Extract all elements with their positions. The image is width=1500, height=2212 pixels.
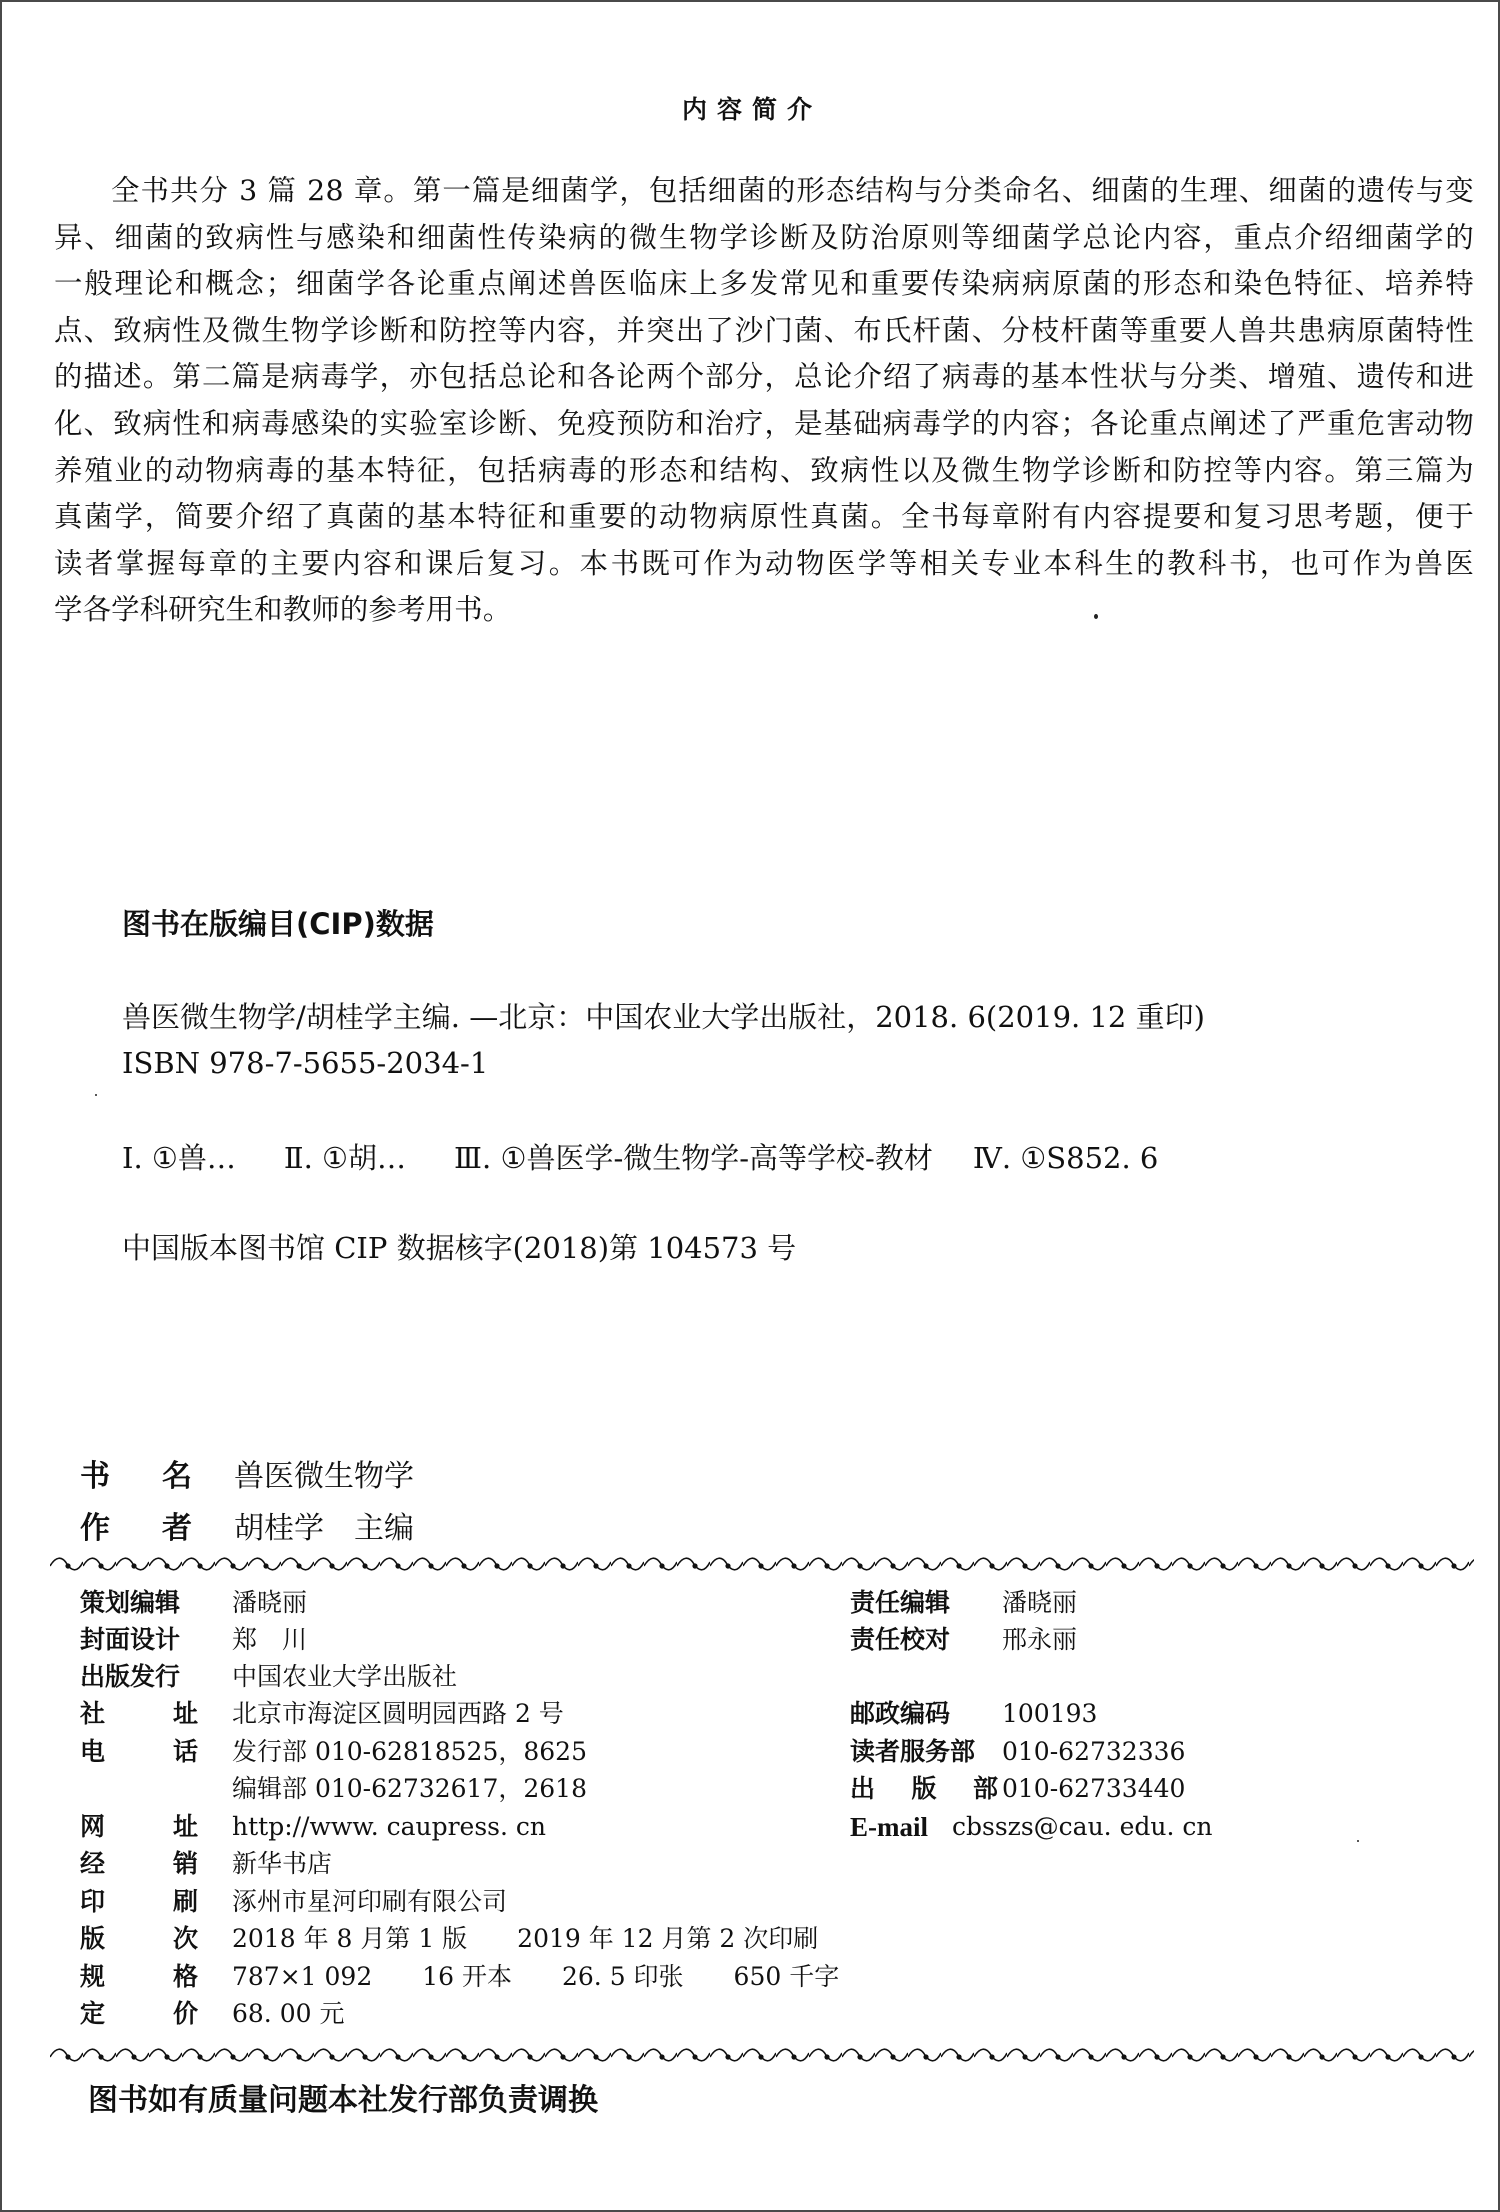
imprint-value: 发行部 010-62818525，8625	[232, 1733, 587, 1771]
imprint-value: 潘晓丽	[1002, 1584, 1077, 1622]
imprint-row: 封面设计 郑 川	[80, 1621, 780, 1659]
imprint-label: 封面设计	[80, 1621, 180, 1659]
book-title-value: 兽医微生物学	[234, 1452, 414, 1502]
imprint-row: 策划编辑 潘晓丽	[80, 1584, 780, 1622]
imprint-row: 编辑部 010-62732617，2618	[80, 1770, 780, 1808]
summary-line: 真菌学，简要介绍了真菌的基本特征和重要的动物病原性真菌。全书每章附有内容提要和复…	[54, 494, 1474, 541]
imprint-row: 责任校对 邢永丽	[850, 1621, 1450, 1659]
author-label: 作者	[80, 1504, 192, 1554]
imprint-row: 经销 新华书店	[80, 1845, 780, 1883]
book-title-row: 书名 兽医微生物学	[80, 1452, 1080, 1502]
imprint-value: 100193	[1002, 1695, 1097, 1733]
imprint-value: 北京市海淀区圆明园西路 2 号	[232, 1695, 564, 1733]
imprint-row: E-mail cbsszs@cau. edu. cn	[850, 1808, 1450, 1846]
imprint-row: 出版发行 中国农业大学出版社	[80, 1658, 780, 1696]
cip-classification: Ⅰ. ①兽…Ⅱ. ①胡…Ⅲ. ①兽医学-微生物学-高等学校-教材Ⅳ. ①S852…	[122, 1136, 1158, 1177]
imprint-row: 责任编辑 潘晓丽	[850, 1584, 1450, 1622]
wavy-divider	[50, 1554, 1474, 1574]
imprint-row: 邮政编码 100193	[850, 1695, 1450, 1733]
summary-line: 的描述。第二篇是病毒学，亦包括总论和各论两个部分，总论介绍了病毒的基本性状与分类…	[54, 354, 1474, 401]
imprint-value: 涿州市星河印刷有限公司	[232, 1883, 507, 1921]
summary-line: 点、致病性及微生物学诊断和防控等内容，并突出了沙门菌、布氏杆菌、分枝杆菌等重要人…	[54, 308, 1474, 355]
imprint-row: 出版部 010-62733440	[850, 1770, 1450, 1808]
imprint-label: 规格	[80, 1958, 198, 1996]
imprint-value: 010-62732336	[1002, 1733, 1185, 1771]
imprint-label: 定价	[80, 1995, 198, 2033]
imprint-value: 新华书店	[232, 1845, 332, 1883]
summary-body: 全书共分 3 篇 28 章。第一篇是细菌学，包括细菌的形态结构与分类命名、细菌的…	[54, 168, 1474, 634]
imprint-value: 郑 川	[232, 1621, 307, 1659]
cip-library-record: 中国版本图书馆 CIP 数据核字(2018)第 104573 号	[122, 1226, 796, 1267]
cip-class-2: Ⅱ. ①胡…	[284, 1141, 406, 1175]
imprint-label: 经销	[80, 1845, 198, 1883]
imprint-value: 编辑部 010-62732617，2618	[232, 1770, 587, 1808]
imprint-row: 定价 68. 00 元	[80, 1995, 780, 2033]
imprint-label: 印刷	[80, 1883, 198, 1921]
book-title-label: 书名	[80, 1452, 192, 1502]
imprint-label: 电话	[80, 1733, 198, 1771]
wavy-divider	[50, 2045, 1474, 2065]
imprint-label: 责任编辑	[850, 1584, 950, 1622]
imprint-value: 787×1 092 16 开本 26. 5 印张 650 千字	[232, 1958, 839, 1996]
cip-title: 图书在版编目(CIP)数据	[122, 902, 434, 943]
website-link[interactable]: http://www. caupress. cn	[232, 1808, 546, 1846]
author-value: 胡桂学 主编	[234, 1504, 414, 1554]
cip-class-4: Ⅳ. ①S852. 6	[973, 1141, 1159, 1175]
imprint-value: 潘晓丽	[232, 1584, 307, 1622]
cip-isbn: ISBN 978-7-5655-2034-1	[122, 1046, 488, 1080]
summary-line: 全书共分 3 篇 28 章。第一篇是细菌学，包括细菌的形态结构与分类命名、细菌的…	[54, 168, 1474, 215]
copyright-page: 内容简介 全书共分 3 篇 28 章。第一篇是细菌学，包括细菌的形态结构与分类命…	[0, 0, 1500, 2212]
cip-class-3: Ⅲ. ①兽医学-微生物学-高等学校-教材	[454, 1141, 933, 1175]
imprint-label: 策划编辑	[80, 1584, 180, 1622]
email-link[interactable]: cbsszs@cau. edu. cn	[952, 1808, 1212, 1846]
imprint-label: E-mail	[850, 1808, 928, 1846]
author-row: 作者 胡桂学 主编	[80, 1504, 1080, 1554]
print-speck	[95, 1094, 97, 1096]
imprint-row: 网址 http://www. caupress. cn	[80, 1808, 780, 1846]
print-speck	[1357, 1840, 1359, 1842]
summary-line: 学各学科研究生和教师的参考用书。	[54, 587, 1474, 634]
imprint-label: 读者服务部	[850, 1733, 975, 1771]
imprint-row: 读者服务部 010-62732336	[850, 1733, 1450, 1771]
imprint-row: 印刷 涿州市星河印刷有限公司	[80, 1883, 780, 1921]
print-speck	[1094, 614, 1098, 619]
summary-line: 异、细菌的致病性与感染和细菌性传染病的微生物学诊断及防治原则等细菌学总论内容，重…	[54, 215, 1474, 262]
summary-line: 养殖业的动物病毒的基本特征，包括病毒的形态和结构、致病性以及微生物学诊断和防控等…	[54, 448, 1474, 495]
imprint-label: 网址	[80, 1808, 198, 1846]
imprint-label: 责任校对	[850, 1621, 950, 1659]
imprint-label: 社址	[80, 1695, 198, 1733]
summary-line: 一般理论和概念；细菌学各论重点阐述兽医临床上多发常见和重要传染病病原菌的形态和染…	[54, 261, 1474, 308]
imprint-value: 2018 年 8 月第 1 版 2019 年 12 月第 2 次印刷	[232, 1920, 818, 1958]
imprint-value: 邢永丽	[1002, 1621, 1077, 1659]
cip-class-1: Ⅰ. ①兽…	[122, 1141, 236, 1175]
imprint-row: 版次 2018 年 8 月第 1 版 2019 年 12 月第 2 次印刷	[80, 1920, 980, 1958]
imprint-row: 规格 787×1 092 16 开本 26. 5 印张 650 千字	[80, 1958, 980, 1996]
imprint-label: 版次	[80, 1920, 198, 1958]
imprint-label: 出版发行	[80, 1658, 180, 1696]
footer-note: 图书如有质量问题本社发行部负责调换	[88, 2075, 598, 2119]
imprint-value: 68. 00 元	[232, 1995, 344, 2033]
imprint-value: 中国农业大学出版社	[232, 1658, 457, 1696]
imprint-label: 出版部	[850, 1770, 998, 1808]
summary-title: 内容简介	[2, 90, 1500, 126]
imprint-row: 社址 北京市海淀区圆明园西路 2 号	[80, 1695, 780, 1733]
summary-line: 化、致病性和病毒感染的实验室诊断、免疫预防和治疗，是基础病毒学的内容；各论重点阐…	[54, 401, 1474, 448]
summary-line: 读者掌握每章的主要内容和课后复习。本书既可作为动物医学等相关专业本科生的教科书，…	[54, 541, 1474, 588]
imprint-row: 电话 发行部 010-62818525，8625	[80, 1733, 780, 1771]
imprint-label: 邮政编码	[850, 1695, 950, 1733]
imprint-value: 010-62733440	[1002, 1770, 1185, 1808]
cip-record: 兽医微生物学/胡桂学主编. —北京：中国农业大学出版社，2018. 6(2019…	[122, 995, 1205, 1036]
